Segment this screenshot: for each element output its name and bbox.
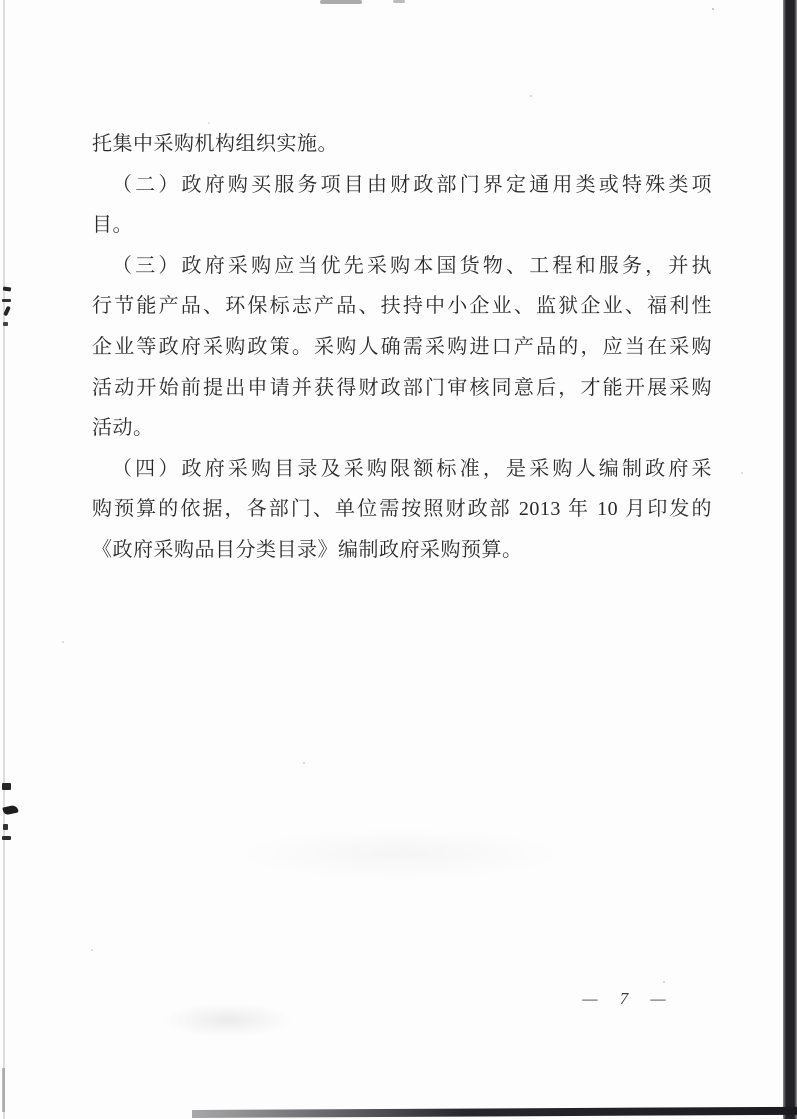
document-body: 托集中采购机构组织实施。 （二）政府购买服务项目由财政部门界定通用类或特殊类项 … bbox=[92, 124, 712, 571]
scan-smudge bbox=[135, 996, 320, 1044]
ink-mark bbox=[3, 824, 8, 830]
text-line: 企业等政府采购政策。采购人确需采购进口产品的，应当在采购 bbox=[92, 327, 712, 368]
text-line: 活动开始前提出申请并获得财政部门审核同意后，才能开展采购 bbox=[92, 368, 712, 409]
text-line: 目。 bbox=[92, 205, 712, 246]
ink-mark bbox=[2, 299, 11, 302]
text-line: 《政府采购品目分类目录》编制政府采购预算。 bbox=[92, 530, 712, 571]
ink-mark bbox=[3, 306, 11, 317]
text-line: 活动。 bbox=[92, 408, 712, 449]
ink-mark bbox=[3, 322, 8, 326]
ink-mark bbox=[2, 783, 11, 790]
scan-smudge bbox=[170, 818, 630, 890]
page-number: — 7 — bbox=[565, 989, 685, 1009]
scan-edge-right bbox=[783, 0, 797, 1119]
scanned-page: 托集中采购机构组织实施。 （二）政府购买服务项目由财政部门界定通用类或特殊类项 … bbox=[0, 0, 797, 1119]
text-line: （四）政府采购目录及采购限额标准，是采购人编制政府采 bbox=[92, 449, 712, 490]
text-line: 购预算的依据，各部门、单位需按照财政部 2013 年 10 月印发的 bbox=[92, 489, 712, 530]
scan-smudge bbox=[320, 0, 362, 4]
text-line: （二）政府购买服务项目由财政部门界定通用类或特殊类项 bbox=[92, 165, 712, 206]
scan-edge-left bbox=[3, 0, 5, 1119]
text-line: （三）政府采购应当优先采购本国货物、工程和服务，并执 bbox=[92, 246, 712, 287]
scan-smudge bbox=[393, 0, 405, 3]
ink-mark bbox=[2, 805, 18, 816]
ink-mark bbox=[2, 836, 11, 840]
scan-dust-specks bbox=[0, 0, 2, 2]
scan-edge-bottom bbox=[192, 1107, 797, 1118]
text-line: 行节能产品、环保标志产品、扶持中小企业、监狱企业、福利性 bbox=[92, 286, 712, 327]
scan-edge-left-dark bbox=[2, 1068, 5, 1112]
ink-mark bbox=[3, 286, 11, 291]
text-line: 托集中采购机构组织实施。 bbox=[92, 124, 712, 165]
